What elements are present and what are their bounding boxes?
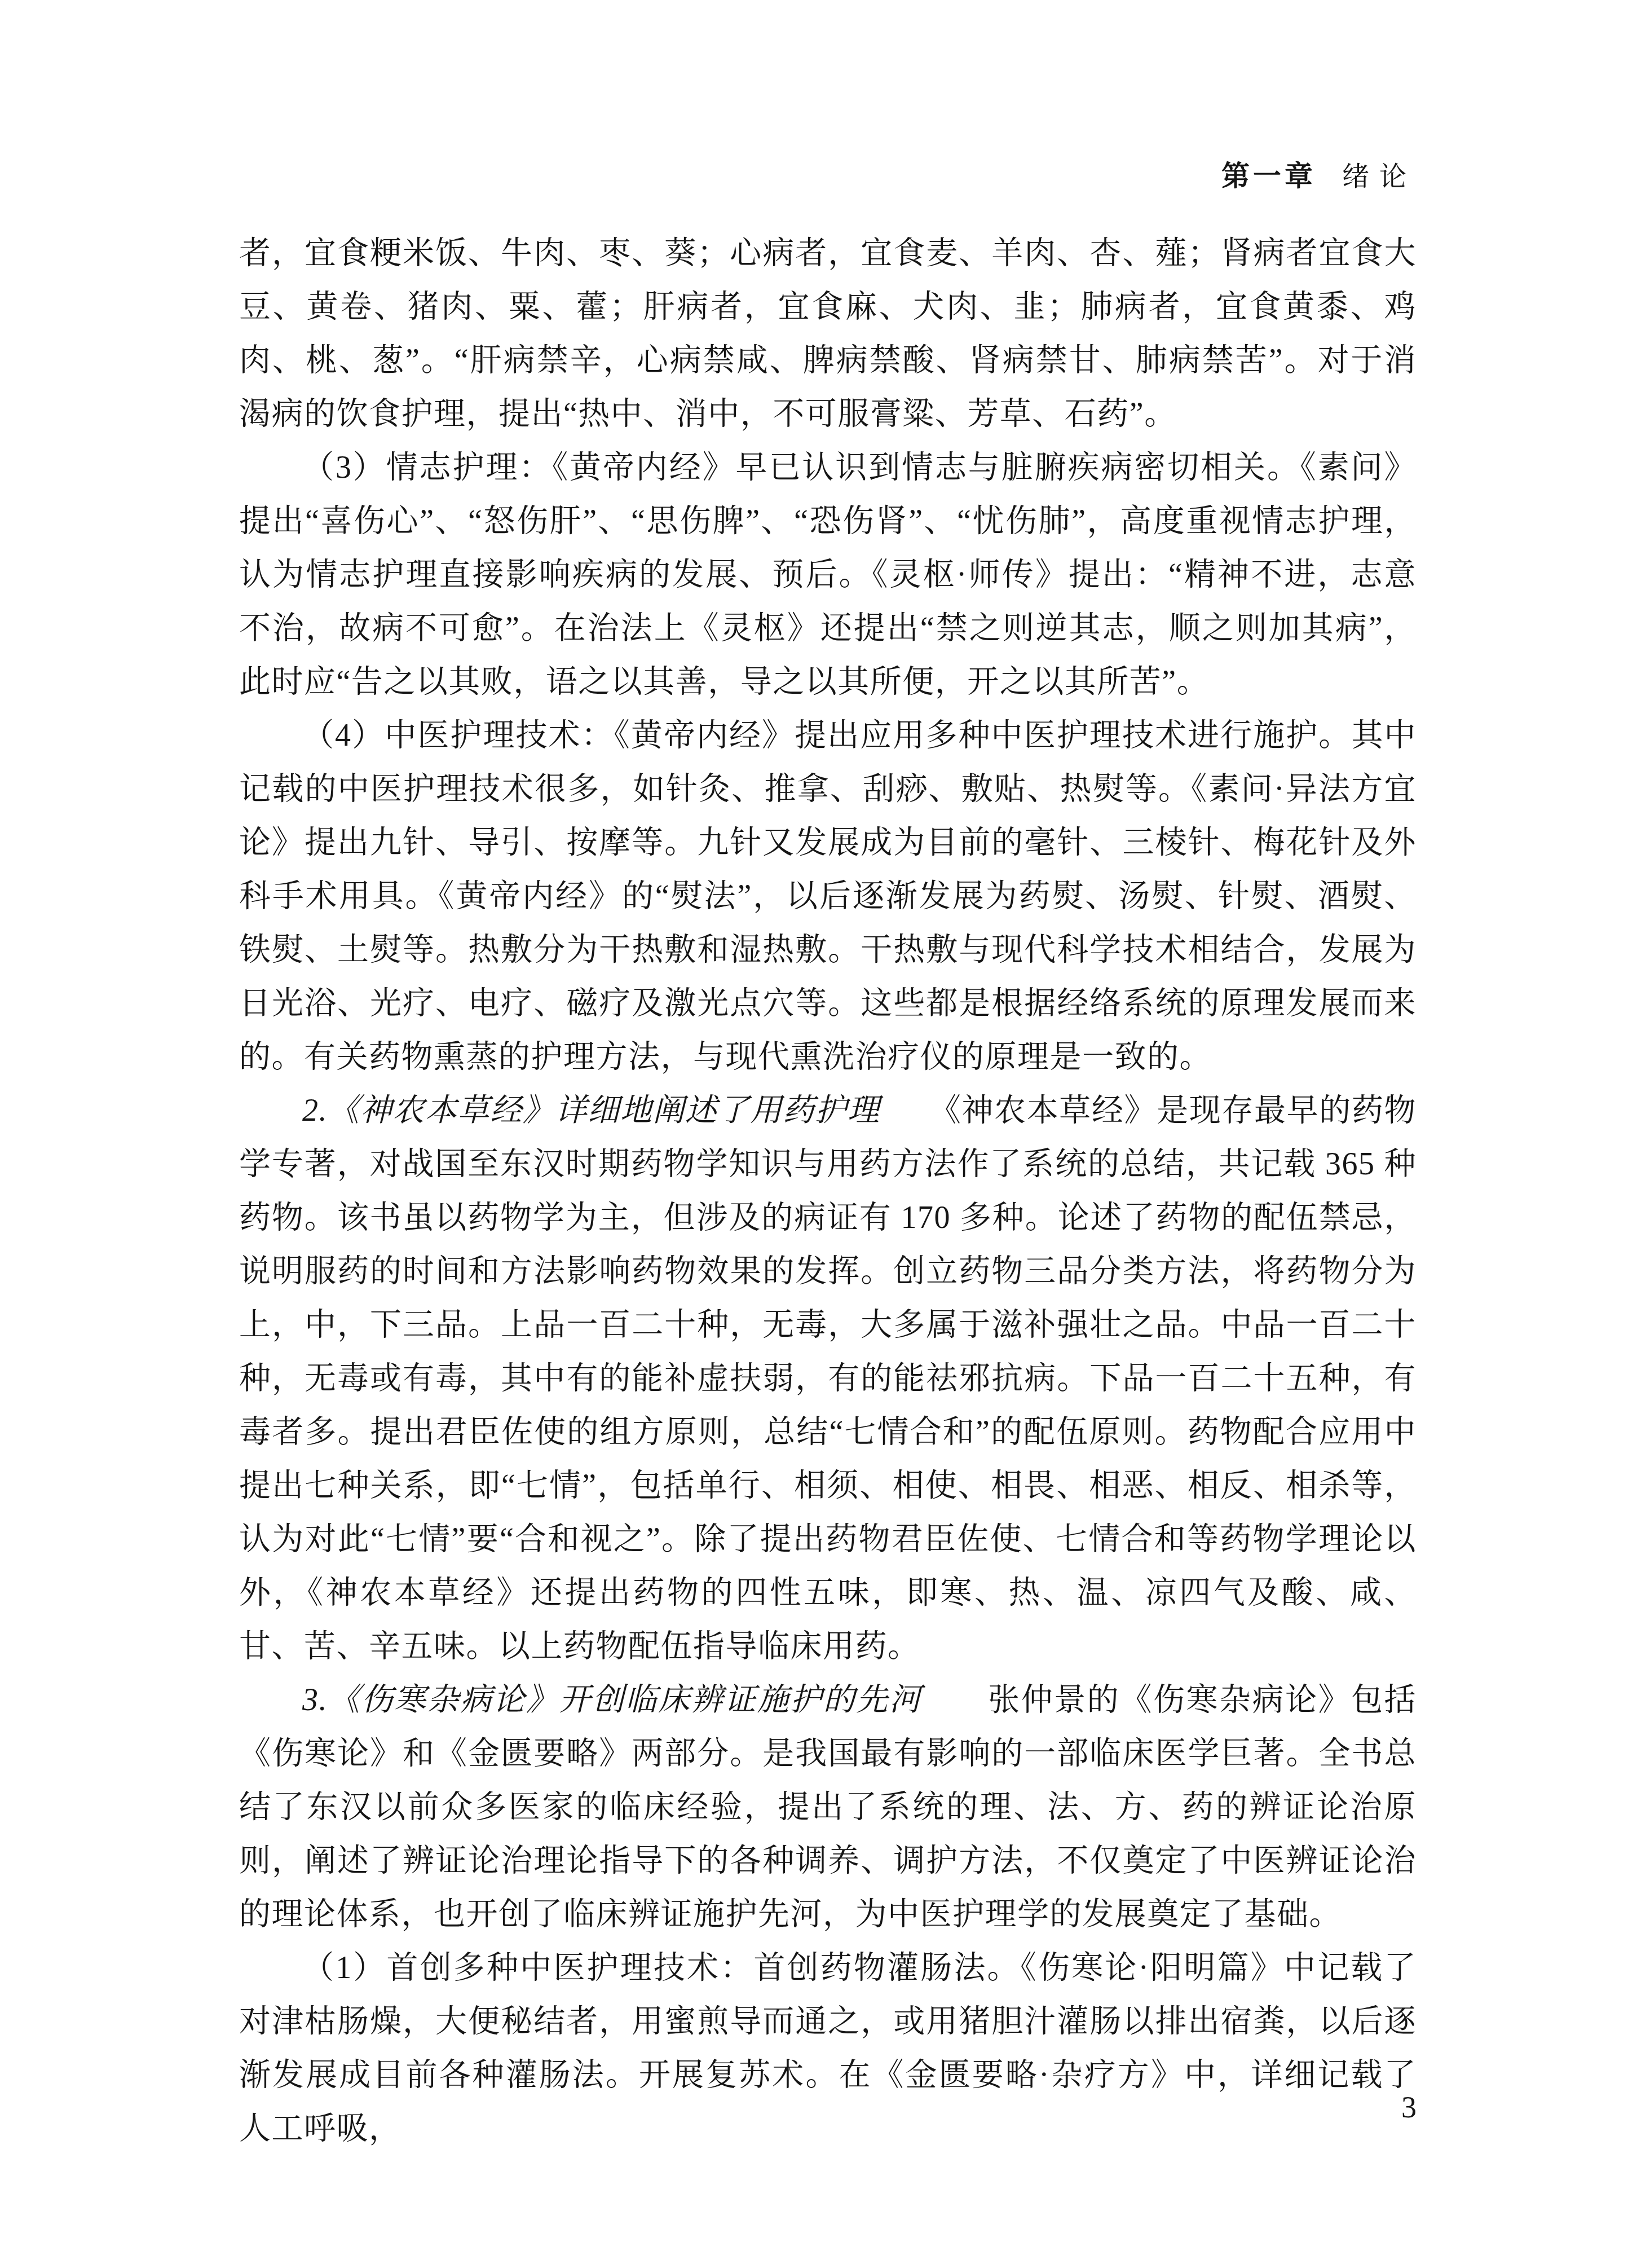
running-header: 第一章绪论 — [239, 153, 1417, 194]
paragraph: 者，宜食粳米饭、牛肉、枣、葵；心病者，宜食麦、羊肉、杏、薤；肾病者宜食大豆、黄卷… — [239, 227, 1417, 441]
document-page: 第一章绪论 者，宜食粳米饭、牛肉、枣、葵；心病者，宜食麦、羊肉、杏、薤；肾病者宜… — [0, 0, 1628, 2268]
page-number: 3 — [239, 2090, 1417, 2125]
text-run: （4）中医护理技术：《黄帝内经》提出应用多种中医护理技术进行施护。其中记载的中医… — [239, 718, 1417, 1074]
text-run: （3）情志护理：《黄帝内经》早已认识到情志与脏腑疾病密切相关。《素问》提出“喜伤… — [239, 450, 1417, 699]
text-run: 《神农本草经》是现存最早的药物学专著，对战国至东汉时期药物学知识与用药方法作了系… — [239, 1093, 1417, 1664]
paragraph: 2.《神农本草经》详细地阐述了用药护理 《神农本草经》是现存最早的药物学专著，对… — [239, 1084, 1417, 1674]
page-body: 者，宜食粳米饭、牛肉、枣、葵；心病者，宜食麦、羊肉、杏、薤；肾病者宜食大豆、黄卷… — [239, 227, 1417, 2156]
text-run: 张仲景的《伤寒杂病论》包括《伤寒论》和《金匮要略》两部分。是我国最有影响的一部临… — [239, 1683, 1417, 1932]
chapter-label: 第一章 — [1221, 160, 1316, 192]
text-run: 者，宜食粳米饭、牛肉、枣、葵；心病者，宜食麦、羊肉、杏、薤；肾病者宜食大豆、黄卷… — [239, 236, 1417, 431]
paragraph: （4）中医护理技术：《黄帝内经》提出应用多种中医护理技术进行施护。其中记载的中医… — [239, 709, 1417, 1084]
paragraph-run-in-heading: 2.《神农本草经》详细地阐述了用药护理 — [302, 1093, 880, 1128]
paragraph: 3.《伤寒杂病论》开创临床辨证施护的先河 张仲景的《伤寒杂病论》包括《伤寒论》和… — [239, 1674, 1417, 1941]
chapter-title: 绪论 — [1342, 162, 1417, 192]
paragraph-run-in-heading: 3.《伤寒杂病论》开创临床辨证施护的先河 — [302, 1683, 922, 1717]
paragraph: （3）情志护理：《黄帝内经》早已认识到情志与脏腑疾病密切相关。《素问》提出“喜伤… — [239, 441, 1417, 709]
text-run — [922, 1683, 988, 1717]
text-run — [880, 1093, 945, 1128]
